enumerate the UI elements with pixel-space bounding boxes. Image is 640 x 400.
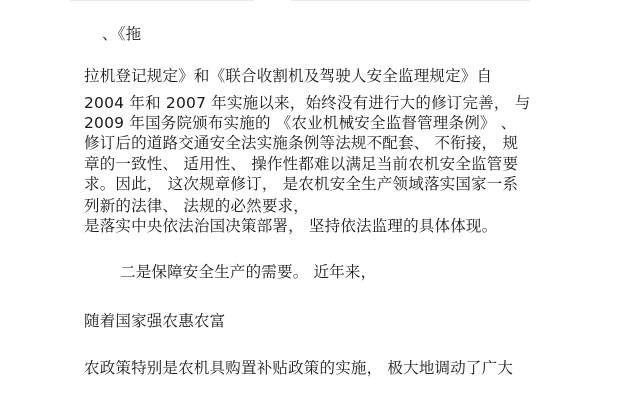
text-line-fragment: 、《拖	[102, 25, 141, 43]
text-line: 章的一致性、 适用性、 操作性都难以满足当前农机安全监管要	[84, 155, 518, 173]
text-line: 求。因此， 这次规章修订， 是农机安全生产领域落实国家一系	[84, 175, 518, 193]
clipped-text-line	[70, 0, 530, 2]
text-line: 修订后的道路交通安全法实施条例等法规不配套、 不衔接， 规	[84, 134, 518, 152]
text-line: 农政策特别是农机具购置补贴政策的实施， 极大地调动了广大	[84, 359, 513, 377]
text-line: 列新的法律、 法规的必然要求，	[84, 197, 309, 215]
text-line: 是落实中央依法治国决策部署， 坚持依法监理的具体体现。	[84, 217, 497, 235]
text-line: 2009 年国务院颁布实施的 《农业机械安全监督管理条例》 、	[84, 114, 516, 132]
text-line: 拉机登记规定》和《联合收割机及驾驶人安全监理规定》自	[84, 67, 492, 85]
text-line: 随着国家强农惠农富	[84, 312, 225, 330]
text-line: 2004 年和 2007 年实施以来，始终没有进行大的修订完善， 与	[84, 94, 530, 112]
paragraph-start-line: 二是保障安全生产的需要。 近年来，	[120, 263, 376, 281]
